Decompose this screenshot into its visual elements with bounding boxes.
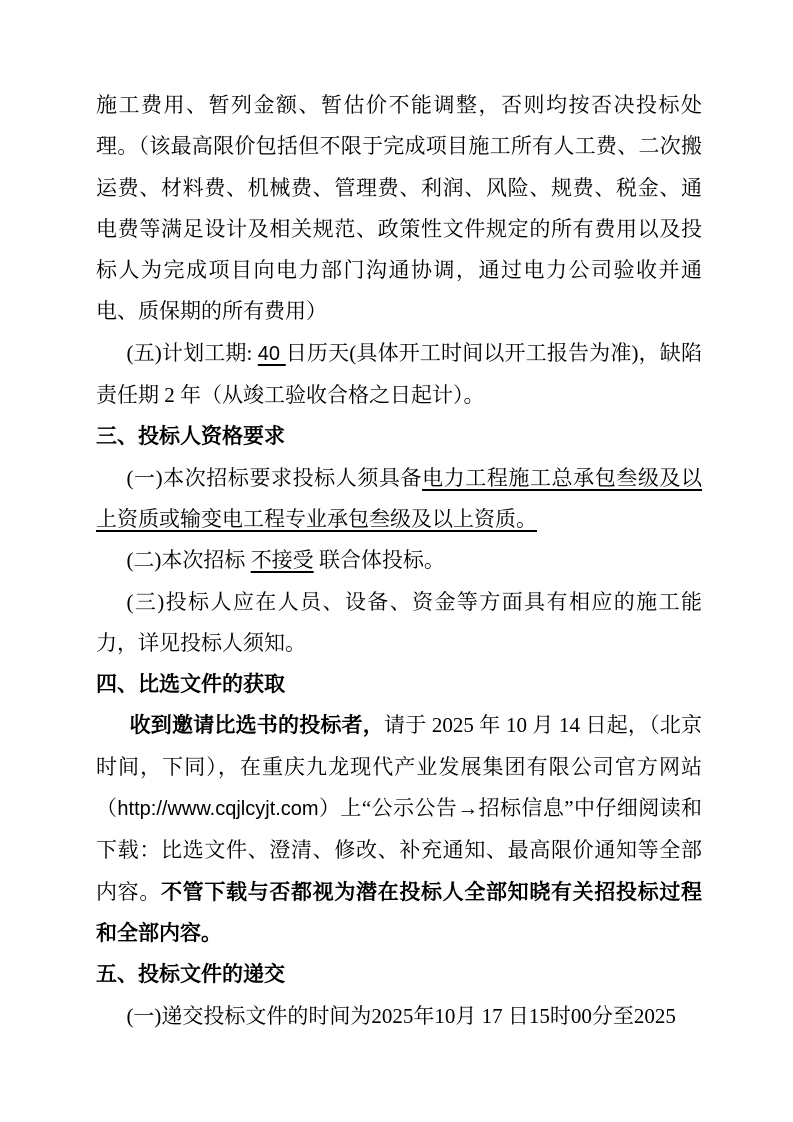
clause-planned-duration: (五)计划工期: 40 日历天(具体开工时间以开工报告为准)，缺陷责任期 2 年… xyxy=(96,333,702,417)
clause-no-consortium-prefix: (二)本次招标 xyxy=(126,548,250,572)
heading-section-5-bid-submission: 五、投标文件的递交 xyxy=(96,954,702,995)
clause-planned-duration-prefix: (五)计划工期: xyxy=(126,341,257,365)
clause-no-consortium-suffix: 联合体投标。 xyxy=(314,548,445,572)
clause-qualification-prefix: (一)本次招标要求投标人须具备 xyxy=(126,466,422,490)
underlined-duration-days: 40 xyxy=(258,343,286,365)
paragraph-fees-scope: 施工费用、暂列金额、暂估价不能调整，否则均按否决投标处理。（该最高限价包括但不限… xyxy=(96,85,702,333)
heading-section-4-document-acquisition: 四、比选文件的获取 xyxy=(96,664,702,705)
document-page: 施工费用、暂列金额、暂估价不能调整，否则均按否决投标处理。（该最高限价包括但不限… xyxy=(0,0,793,1122)
website-url: http://www.cqjlcyjt.com xyxy=(117,798,318,820)
paragraph-document-acquisition: 收到邀请比选书的投标者，请于 2025 年 10 月 14 日起，（北京时间，下… xyxy=(96,705,702,954)
clause-capability: (三)投标人应在人员、设备、资金等方面具有相应的施工能力，详见投标人须知。 xyxy=(96,582,702,665)
bold-invited-bidders: 收到邀请比选书的投标者， xyxy=(130,713,384,737)
heading-section-3-bidder-qualifications: 三、投标人资格要求 xyxy=(96,416,702,457)
bold-download-notice: 不管下载与否都视为潜在投标人全部知晓有关招投标过程和全部内容。 xyxy=(96,880,702,945)
clause-submission-time: (一)递交投标文件的时间为2025年10月 17 日15时00分至2025 xyxy=(96,996,702,1037)
underlined-not-accepted: 不接受 xyxy=(251,548,314,572)
clause-qualification-requirement: (一)本次招标要求投标人须具备电力工程施工总承包叁级及以上资质或输变电工程专业承… xyxy=(96,458,702,541)
clause-no-consortium: (二)本次招标 不接受 联合体投标。 xyxy=(96,540,702,581)
